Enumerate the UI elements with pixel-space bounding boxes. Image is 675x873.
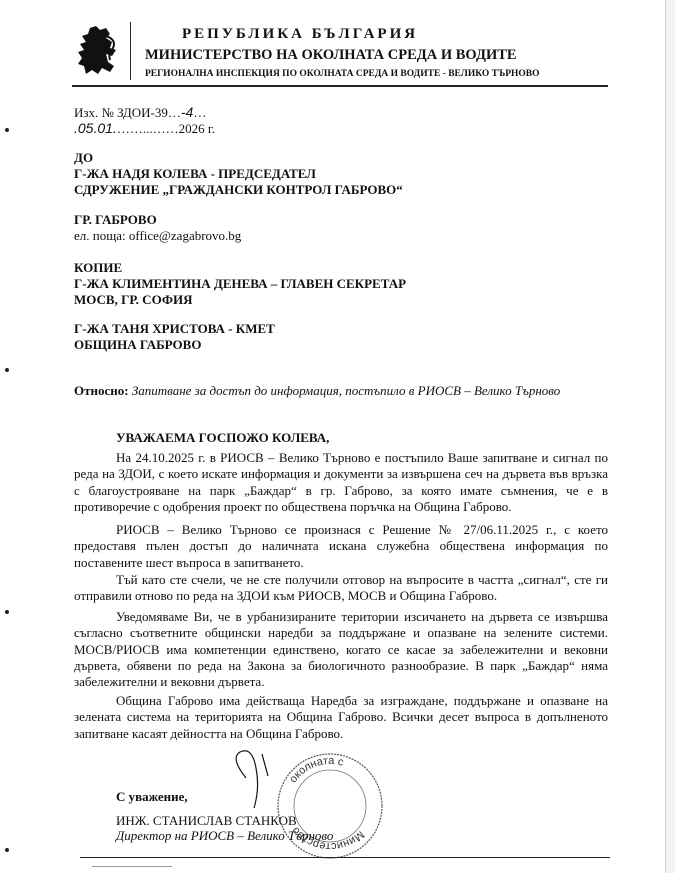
salutation: УВАЖАЕМА ГОСПОЖО КОЛЕВА,: [116, 430, 329, 446]
svg-text:околната с: околната с: [287, 755, 345, 785]
signer-name: ИНЖ. СТАНИСЛАВ СТАНКОВ: [116, 813, 297, 829]
subject-line: Относно: Запитване за достъп до информац…: [74, 383, 560, 399]
header-divider: [130, 22, 131, 80]
body-paragraph: Тъй като сте счели, че не сте получили о…: [74, 572, 608, 605]
recipient-name: Г-ЖА НАДЯ КОЛЕВА - ПРЕДСЕДАТЕЛ: [74, 166, 403, 182]
recipient-block: ДО Г-ЖА НАДЯ КОЛЕВА - ПРЕДСЕДАТЕЛ СДРУЖЕ…: [74, 150, 403, 198]
body-paragraph: РИОСВ – Велико Търново се произнася с Ре…: [74, 522, 608, 571]
body-paragraph: Уведомяваме Ви, че в урбанизираните тери…: [74, 609, 608, 690]
copy-block-1: КОПИЕ Г-ЖА КЛИМЕНТИНА ДЕНЕВА – ГЛАВЕН СЕ…: [74, 260, 406, 308]
lion-emblem-icon: [76, 24, 120, 76]
letter-page: РЕПУБЛИКА БЪЛГАРИЯ МИНИСТЕРСТВО НА ОКОЛН…: [0, 0, 666, 873]
scan-dot: [5, 128, 9, 132]
header-ministry: МИНИСТЕРСТВО НА ОКОЛНАТА СРЕДА И ВОДИТЕ: [145, 47, 517, 64]
viewer-margin: [666, 0, 675, 873]
header-rule: [72, 85, 608, 87]
closing: С уважение,: [116, 789, 188, 805]
copy-block-2: Г-ЖА ТАНЯ ХРИСТОВА - КМЕТ ОБЩИНА ГАБРОВО: [74, 321, 275, 353]
recipient-org: СДРУЖЕНИЕ „ГРАЖДАНСКИ КОНТРОЛ ГАБРОВО“: [74, 182, 403, 198]
reference-date: .05.01.……...……2026 г.: [74, 120, 215, 137]
official-stamp-icon: околната с Министерство: [270, 750, 390, 862]
footer-rule: [80, 857, 610, 858]
reference-number: Изх. № ЗДОИ-39…-4…: [74, 104, 206, 121]
body-paragraph: Община Габрово има действаща Наредба за …: [74, 693, 608, 742]
scan-dot: [5, 368, 9, 372]
header-inspectorate: РЕГИОНАЛНА ИНСПЕКЦИЯ ПО ОКОЛНАТА СРЕДА И…: [145, 69, 540, 79]
recipient-email: ел. поща: office@zagabrovo.bg: [74, 228, 241, 244]
footer-mark: [92, 866, 172, 867]
recipient-address: ГР. ГАБРОВО ел. поща: office@zagabrovo.b…: [74, 212, 241, 244]
scan-dot: [5, 610, 9, 614]
header-country: РЕПУБЛИКА БЪЛГАРИЯ: [182, 26, 418, 43]
handwritten-number: -4: [181, 104, 193, 120]
handwritten-date: .05.01.: [74, 120, 117, 136]
scan-dot: [5, 848, 9, 852]
signer-role: Директор на РИОСВ – Велико Търново: [116, 828, 333, 844]
body-paragraph: На 24.10.2025 г. в РИОСВ – Велико Търнов…: [74, 450, 608, 515]
